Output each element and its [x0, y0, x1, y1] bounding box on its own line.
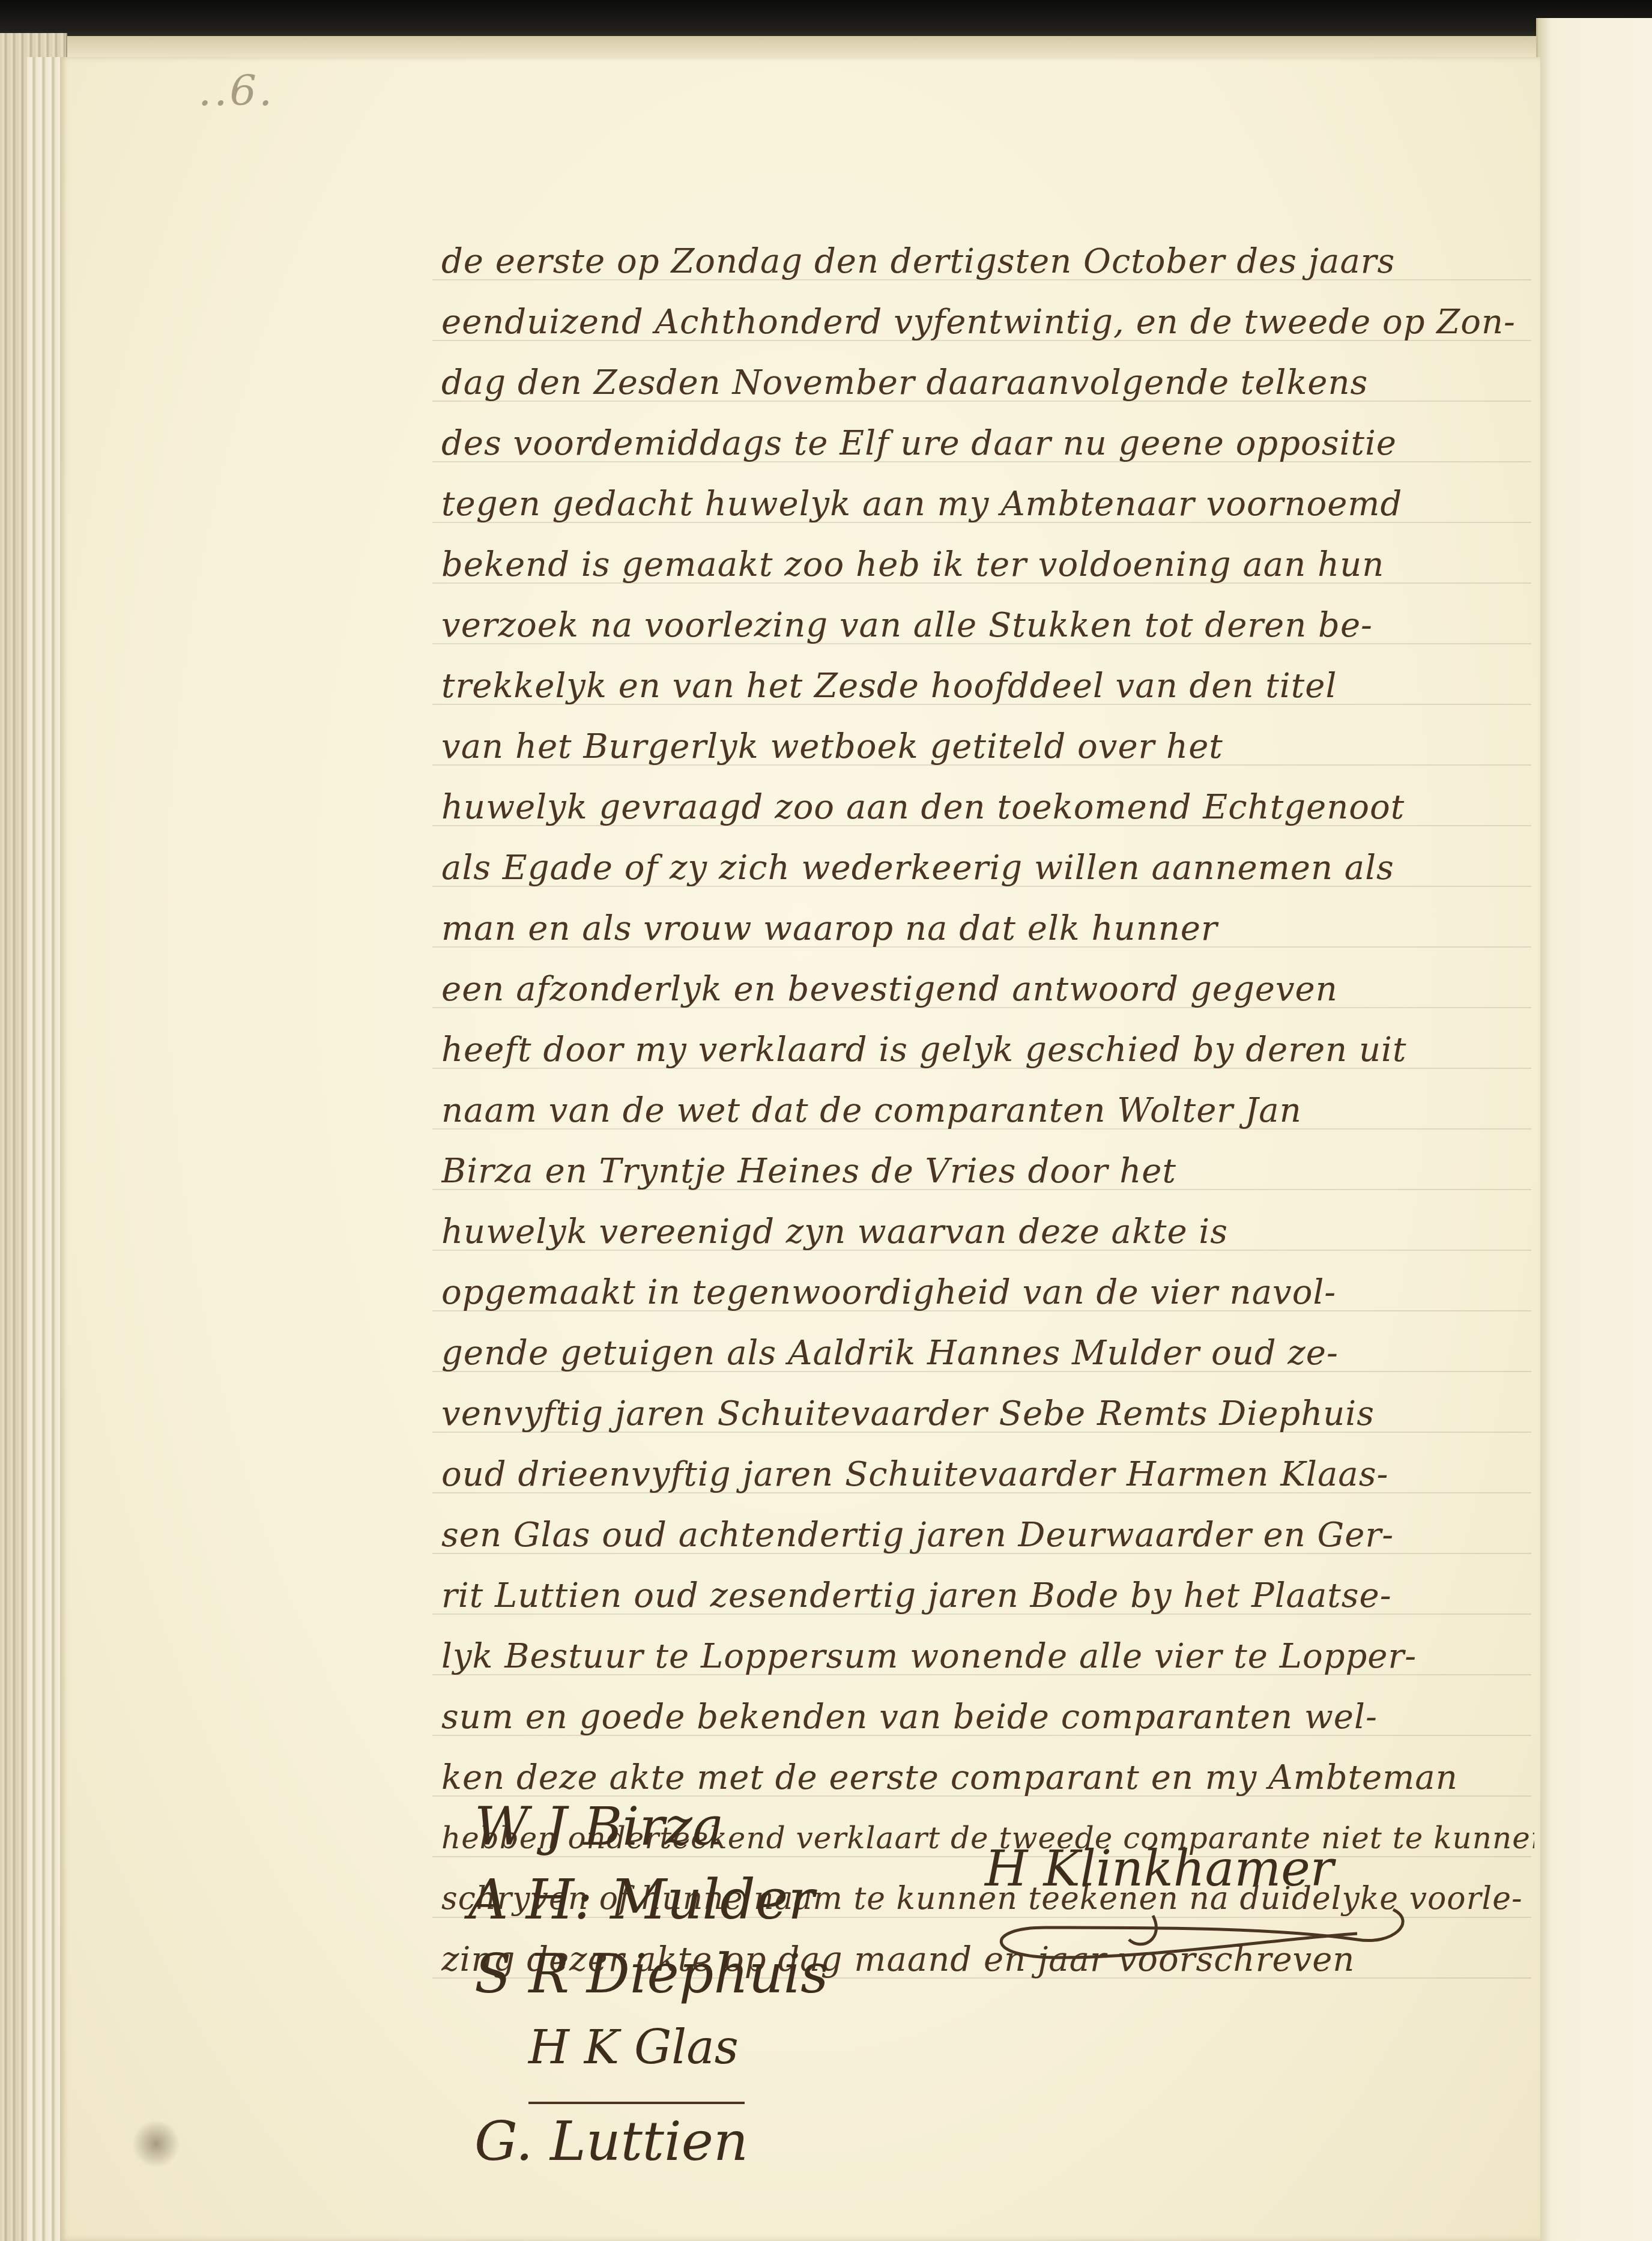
text-line: oud drieenvyftig jaren Schuitevaarder Ha… [441, 1444, 1534, 1505]
text-line: huwelyk gevraagd zoo aan den toekomend E… [441, 777, 1534, 838]
facing-page [1536, 18, 1652, 2241]
witness-signatures: W J Birza A H: Mulder S R Diephuis H K G… [474, 1795, 1015, 2182]
text-line: verzoek na voorlezing van alle Stukken t… [441, 595, 1534, 656]
signature-registrar: H Klinkhamer [985, 1840, 1334, 1898]
text-line: een afzonderlyk en bevestigend antwoord … [441, 959, 1534, 1020]
text-line: de eerste op Zondag den dertigsten Octob… [441, 231, 1534, 292]
text-line: Birza en Tryntje Heines de Vries door he… [441, 1141, 1534, 1202]
text-line: gende getuigen als Aaldrik Hannes Mulder… [441, 1323, 1534, 1384]
text-line: van het Burgerlyk wetboek getiteld over … [441, 716, 1534, 777]
text-line: lyk Bestuur te Loppersum wonende alle vi… [441, 1626, 1534, 1687]
signature-witness-glas: H K Glas [528, 2021, 745, 2104]
signature-flourish-icon [973, 1904, 1429, 1964]
text-line: sen Glas oud achtendertig jaren Deurwaar… [441, 1505, 1534, 1565]
text-line: man en als vrouw waarop na dat elk hunne… [441, 898, 1534, 959]
paper-stain [132, 2120, 180, 2168]
text-line: opgemaakt in tegenwoordigheid van de vie… [441, 1262, 1534, 1323]
text-line: tegen gedacht huwelyk aan my Ambtenaar v… [441, 474, 1534, 534]
manuscript-text: de eerste op Zondag den dertigsten Octob… [441, 231, 1534, 1990]
text-line: heeft door my verklaard is gelyk geschie… [441, 1020, 1534, 1080]
signature-witness-mulder: A H: Mulder [468, 1868, 1015, 1943]
text-line: rit Luttien oud zesendertig jaren Bode b… [441, 1565, 1534, 1626]
text-line: bekend is gemaakt zoo heb ik ter voldoen… [441, 534, 1534, 595]
text-line: trekkelyk en van het Zesde hoofddeel van… [441, 656, 1534, 716]
text-line: sum en goede bekenden van beide comparan… [441, 1687, 1534, 1747]
signature-groom: W J Birza [474, 1795, 1015, 1868]
text-line: des voordemiddags te Elf ure daar nu gee… [441, 413, 1534, 474]
folio-mark: ..6. [198, 66, 274, 115]
text-line: als Egade of zy zich wederkeerig willen … [441, 838, 1534, 898]
text-line: venvyftig jaren Schuitevaarder Sebe Remt… [441, 1384, 1534, 1444]
text-line: naam van de wet dat de comparanten Wolte… [441, 1080, 1534, 1141]
signature-witness-diephuis: S R Diephuis [474, 1943, 1015, 2021]
page-stack-inner [27, 57, 63, 2241]
text-line: huwelyk vereenigd zyn waarvan deze akte … [441, 1202, 1534, 1262]
text-line: dag den Zesden November daaraanvolgende … [441, 352, 1534, 413]
text-line: eenduizend Achthonderd vyfentwintig, en … [441, 292, 1534, 352]
signature-witness-luttien: G. Luttien [474, 2110, 1015, 2182]
